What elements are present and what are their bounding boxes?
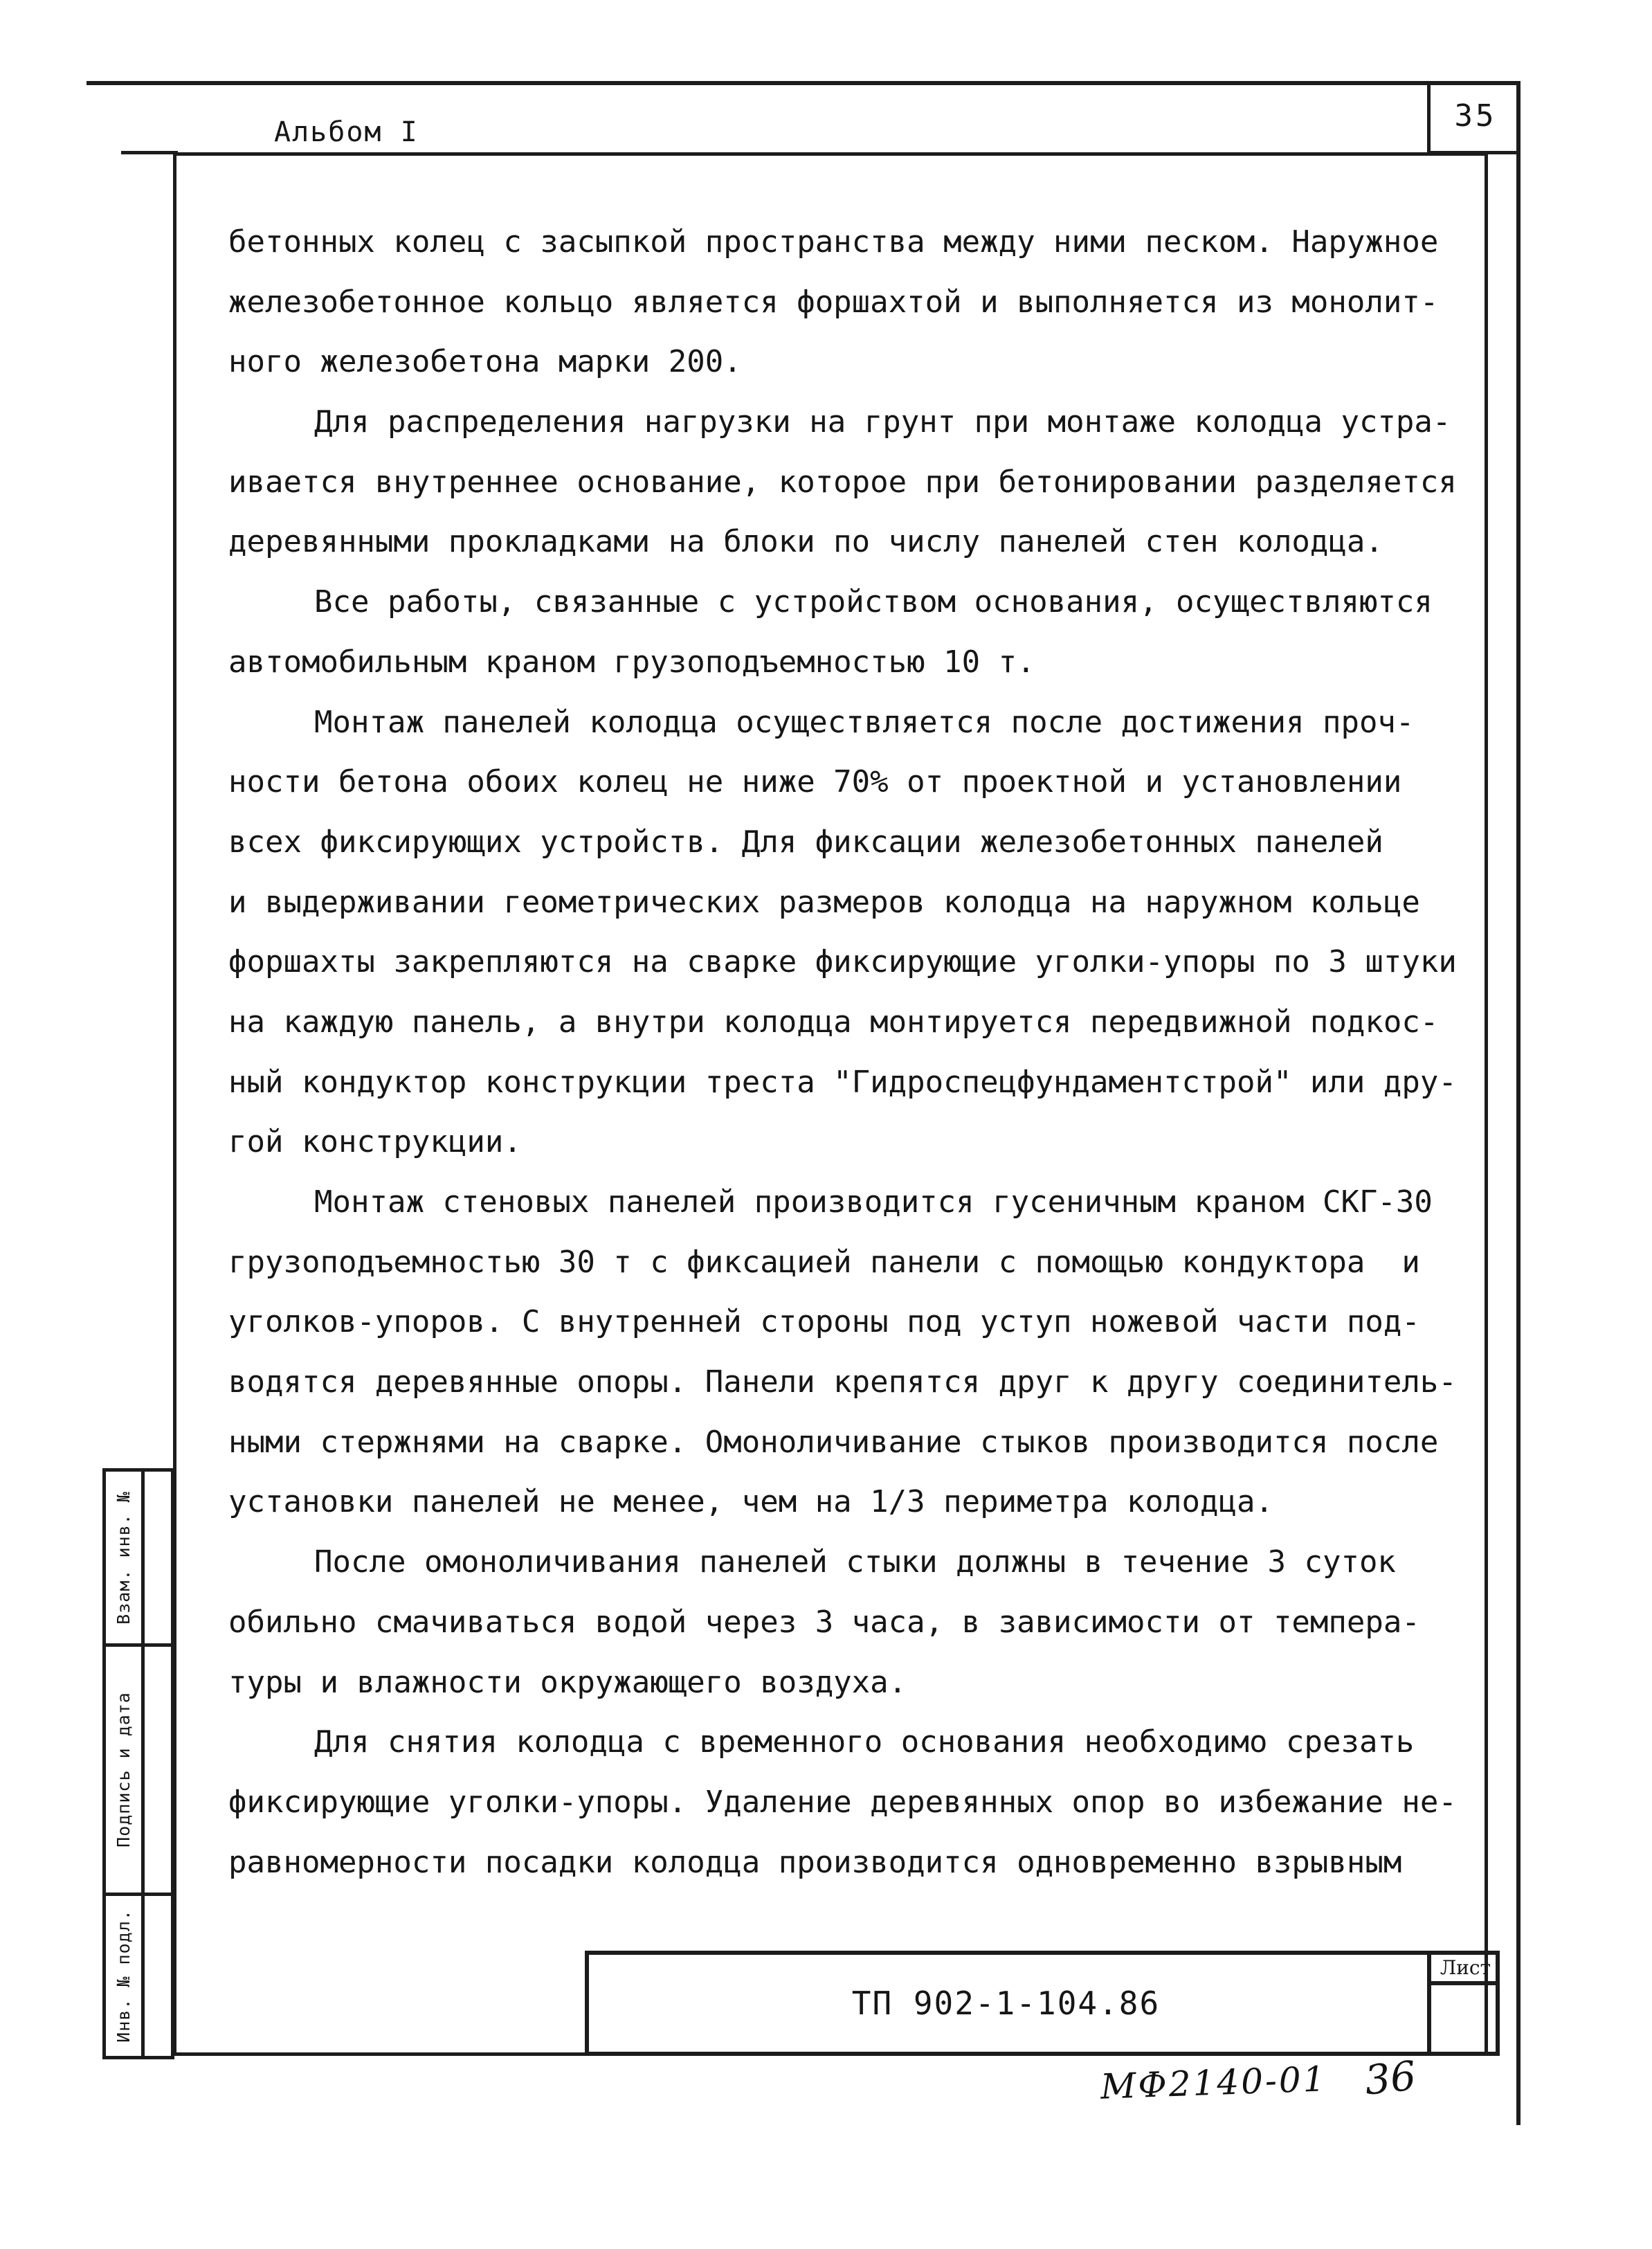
text-line: Все работы, связанные с устройством осно… (228, 572, 1471, 633)
stamp-label-inv-podl: Инв. № подл. (114, 1909, 134, 2043)
text-line: Для снятия колодца с временного основани… (228, 1713, 1471, 1773)
stamp-sidebar: Взам. инв. № Подпись и дата Инв. № подл. (102, 1468, 174, 2059)
stamp-blank-cell (145, 1896, 171, 2056)
text-line: бетонных колец с засыпкой пространства м… (228, 213, 1471, 273)
scanned-document-page: { "page": { "album_label": "Альбом I", "… (0, 0, 1652, 2249)
page-number-box: 35 (1427, 81, 1521, 154)
text-line: автомобильным краном грузоподъемностью 1… (228, 633, 1471, 693)
stamp-row-podpis-data: Подпись и дата (106, 1647, 171, 1896)
stamp-label-cell: Взам. инв. № (106, 1472, 145, 1643)
text-line: фиксирующие уголки-упоры. Удаление дерев… (228, 1773, 1471, 1833)
text-line: обильно смачиваться водой через 3 часа, … (228, 1593, 1471, 1653)
album-heading-underline (121, 151, 178, 154)
text-line: на каждую панель, а внутри колодца монти… (228, 993, 1471, 1053)
text-line: ный кондуктор конструкции треста "Гидрос… (228, 1053, 1471, 1113)
stamp-blank-cell (145, 1472, 171, 1643)
text-line: Монтаж стеновых панелей производится гус… (228, 1173, 1471, 1233)
handwritten-stamp-note: МФ2140-01 (1100, 2059, 1327, 2106)
stamp-label-cell: Инв. № подл. (106, 1896, 145, 2056)
text-line: водятся деревянные опоры. Панели крепятс… (228, 1353, 1471, 1413)
text-line: ными стержнями на сварке. Омоноличивание… (228, 1413, 1471, 1473)
text-line: гой конструкции. (228, 1112, 1471, 1173)
doc-number-cell: ТП 902-1-104.86 (589, 1955, 1423, 2052)
text-line: деревянными прокладками на блоки по числ… (228, 512, 1471, 572)
stamp-row-vzam-inv: Взам. инв. № (106, 1472, 171, 1647)
page-right-border-line (1516, 81, 1521, 2125)
body-text: бетонных колец с засыпкой пространства м… (228, 213, 1471, 1893)
stamp-label-podpis-data: Подпись и дата (114, 1692, 134, 1848)
title-block-horizontal-divider (1427, 1981, 1500, 1985)
stamp-row-inv-podl: Инв. № подл. (106, 1896, 171, 2056)
text-line: установки панелей не менее, чем на 1/3 п… (228, 1472, 1471, 1533)
text-line: ности бетона обоих колец не ниже 70% от … (228, 752, 1471, 813)
text-line: ного железобетона марки 200. (228, 332, 1471, 392)
page-number: 35 (1455, 98, 1497, 134)
text-line: грузоподъемностью 30 т с фиксацией панел… (228, 1233, 1471, 1293)
album-heading: Альбом I (274, 116, 419, 148)
text-line: Для распределения нагрузки на грунт при … (228, 392, 1471, 453)
text-line: После омоноличивания панелей стыки должн… (228, 1533, 1471, 1593)
sheet-label-cell: Лист (1431, 1953, 1500, 1981)
text-line: железобетонное кольцо является форшахтой… (228, 273, 1471, 333)
stamp-blank-cell (145, 1647, 171, 1893)
text-line: равномерности посадки колодца производит… (228, 1833, 1471, 1893)
text-line: и выдерживании геометрических размеров к… (228, 873, 1471, 933)
text-line: туры и влажности окружающего воздуха. (228, 1653, 1471, 1713)
top-rule-line (87, 81, 1521, 85)
doc-number: ТП 902-1-104.86 (852, 1985, 1160, 2022)
handwritten-sheet-number: 36 (1363, 2052, 1419, 2104)
sheet-label: Лист (1440, 1956, 1491, 1979)
text-line: Монтаж панелей колодца осуществляется по… (228, 693, 1471, 753)
stamp-label-vzam-inv: Взам. инв. № (114, 1491, 134, 1625)
text-line: ивается внутреннее основание, которое пр… (228, 453, 1471, 513)
text-line: уголков-упоров. С внутренней стороны под… (228, 1292, 1471, 1353)
text-line: форшахты закрепляются на сварке фиксирую… (228, 932, 1471, 993)
text-line: всех фиксирующих устройств. Для фиксации… (228, 813, 1471, 873)
stamp-label-cell: Подпись и дата (106, 1647, 145, 1893)
